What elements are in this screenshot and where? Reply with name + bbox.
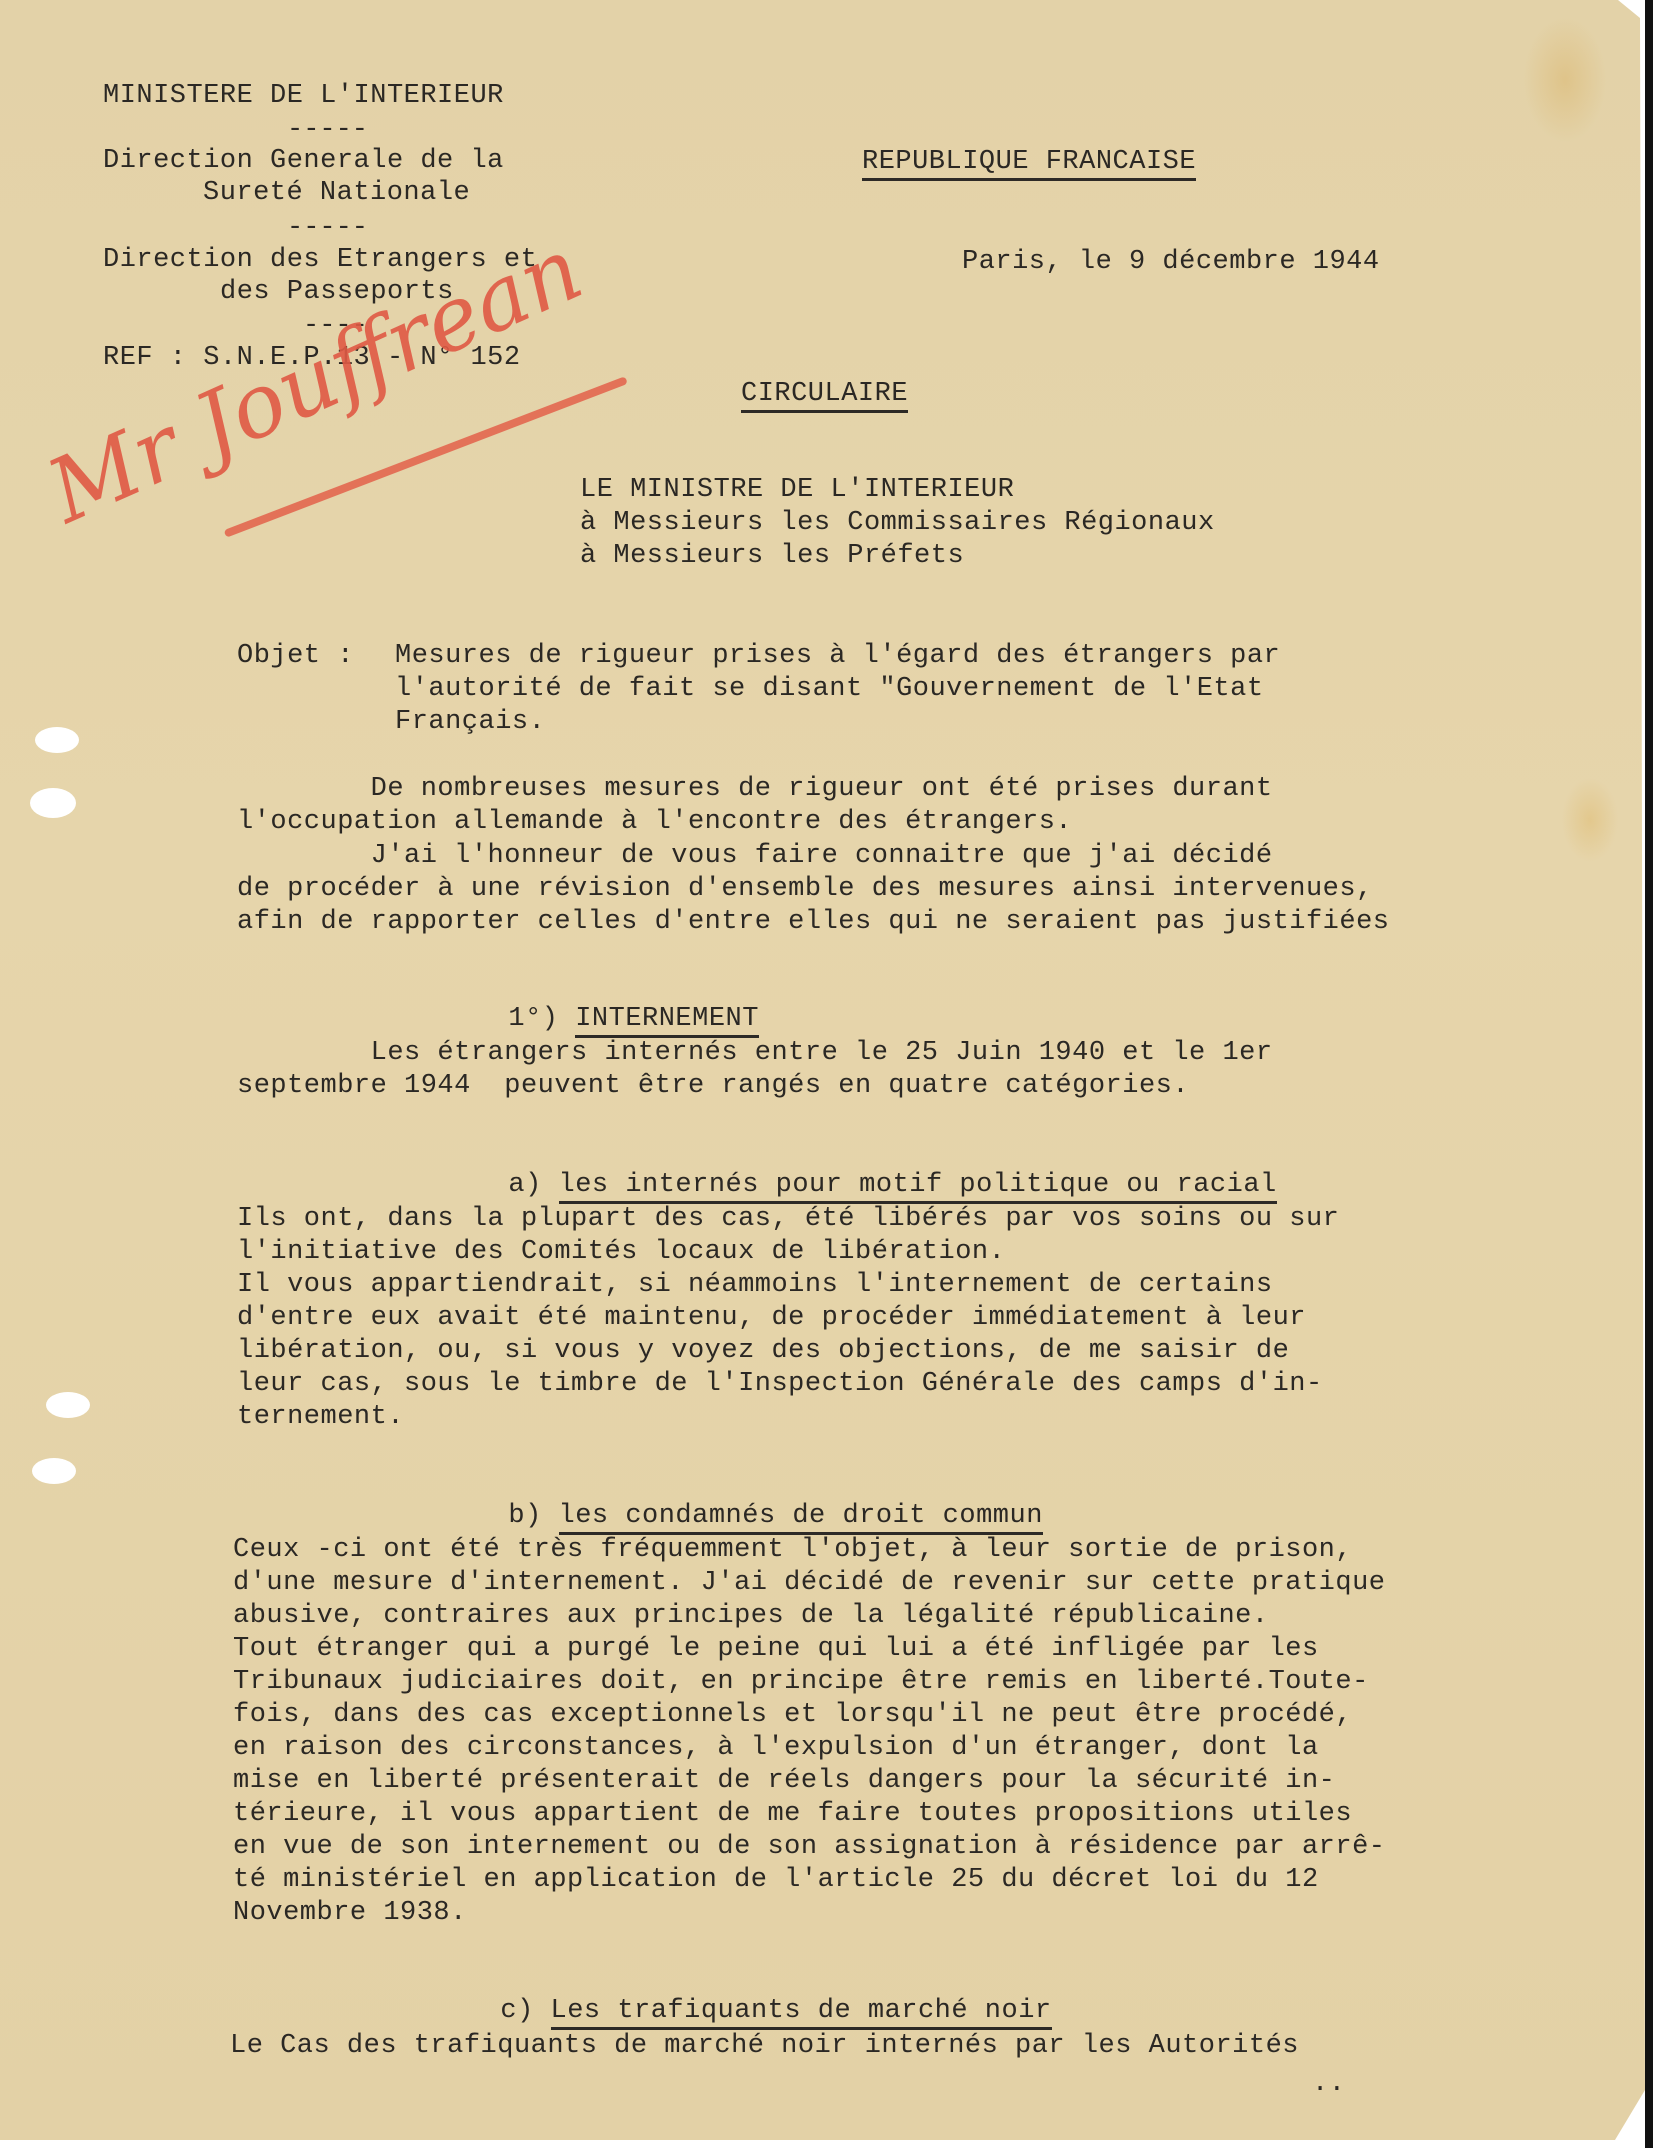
intro-line: afin de rapporter celles d'entre elles q… [237, 906, 1389, 939]
section-b-line: en vue de son internement ou de son assi… [233, 1831, 1385, 1864]
section-b-line: fois, dans des cas exceptionnels et lors… [233, 1699, 1352, 1732]
section-a-line: libération, ou, si vous y voyez des obje… [237, 1335, 1289, 1368]
section-b-line: térieure, il vous appartient de me faire… [233, 1798, 1352, 1831]
section-b-line: té ministériel en application de l'artic… [233, 1864, 1319, 1897]
ministry-name: MINISTERE DE L'INTERIEUR [103, 80, 504, 113]
continuation-mark: .. [1312, 2068, 1345, 2101]
punch-hole [46, 1392, 90, 1418]
section-c-heading: c) Les trafiquants de marché noir [467, 1962, 1052, 2028]
republic-heading-text: REPUBLIQUE FRANCAISE [862, 147, 1196, 181]
section-a-line: ternement. [237, 1401, 404, 1434]
section-b-heading: b) les condamnés de droit commun [475, 1467, 1043, 1533]
section-a-title: les internés pour motif politique ou rac… [559, 1170, 1277, 1204]
section-b-line: Tout étranger qui a purgé le peine qui l… [233, 1633, 1319, 1666]
section-1-line: septembre 1944 peuvent être rangés en qu… [237, 1070, 1189, 1103]
objet-line: Français. [395, 706, 545, 739]
intro-line: l'occupation allemande à l'encontre des … [237, 806, 1072, 839]
section-c-letter: c) [500, 1996, 533, 2026]
addressee-prefets: à Messieurs les Préfets [580, 540, 964, 573]
section-a-line: d'entre eux avait été maintenu, de procé… [237, 1302, 1306, 1335]
section-c-title: Les trafiquants de marché noir [551, 1996, 1052, 2030]
republic-heading: REPUBLIQUE FRANCAISE [862, 146, 1196, 179]
section-1-number: 1°) [508, 1004, 558, 1034]
place-date: Paris, le 9 décembre 1944 [962, 246, 1380, 279]
punch-hole [35, 727, 79, 753]
objet-line: Mesures de rigueur prises à l'égard des … [395, 640, 1280, 673]
intro-line: de procéder à une révision d'ensemble de… [237, 873, 1373, 906]
section-b-letter: b) [508, 1501, 541, 1531]
section-1-line: Les étrangers internés entre le 25 Juin … [237, 1037, 1273, 1070]
section-b-line: Novembre 1938. [233, 1897, 467, 1930]
section-c-line: Le Cas des trafiquants de marché noir in… [230, 2030, 1299, 2063]
addressee-commissaires: à Messieurs les Commissaires Régionaux [580, 507, 1215, 540]
punch-hole [30, 788, 76, 818]
section-b-line: Tribunaux judiciaires doit, en principe … [233, 1666, 1369, 1699]
intro-line: J'ai l'honneur de vous faire connaitre q… [237, 840, 1273, 873]
section-b-line: abusive, contraires aux principes de la … [233, 1600, 1269, 1633]
document-title: CIRCULAIRE [741, 378, 908, 411]
section-a-line: Il vous appartiendrait, si néammoins l'i… [237, 1269, 1273, 1302]
direction-generale-line2: Sureté Nationale [203, 177, 470, 210]
section-a-heading: a) les internés pour motif politique ou … [475, 1136, 1277, 1202]
separator: ----- [287, 218, 368, 238]
section-b-line: mise en liberté présenterait de réels da… [233, 1765, 1335, 1798]
direction-generale-line1: Direction Generale de la [103, 145, 504, 178]
separator: ----- [287, 120, 368, 140]
punch-hole [32, 1458, 76, 1484]
intro-line: De nombreuses mesures de rigueur ont été… [237, 773, 1273, 806]
section-1-heading: 1°) INTERNEMENT [475, 970, 759, 1036]
document-title-text: CIRCULAIRE [741, 379, 908, 413]
objet-label: Objet : [237, 640, 354, 673]
section-b-line: Ceux -ci ont été très fréquemment l'obje… [233, 1534, 1352, 1567]
section-b-line: en raison des circonstances, à l'expulsi… [233, 1732, 1319, 1765]
section-b-line: d'une mesure d'internement. J'ai décidé … [233, 1567, 1385, 1600]
section-a-letter: a) [508, 1170, 541, 1200]
addressee-minister: LE MINISTRE DE L'INTERIEUR [580, 474, 1014, 507]
section-a-line: leur cas, sous le timbre de l'Inspection… [237, 1368, 1323, 1401]
section-1-title: INTERNEMENT [575, 1004, 759, 1038]
objet-line: l'autorité de fait se disant "Gouverneme… [395, 673, 1264, 706]
section-b-title: les condamnés de droit commun [559, 1501, 1043, 1535]
section-a-line: Ils ont, dans la plupart des cas, été li… [237, 1203, 1339, 1236]
section-a-line: l'initiative des Comités locaux de libér… [237, 1236, 1005, 1269]
scan-edge [1645, 0, 1653, 2148]
